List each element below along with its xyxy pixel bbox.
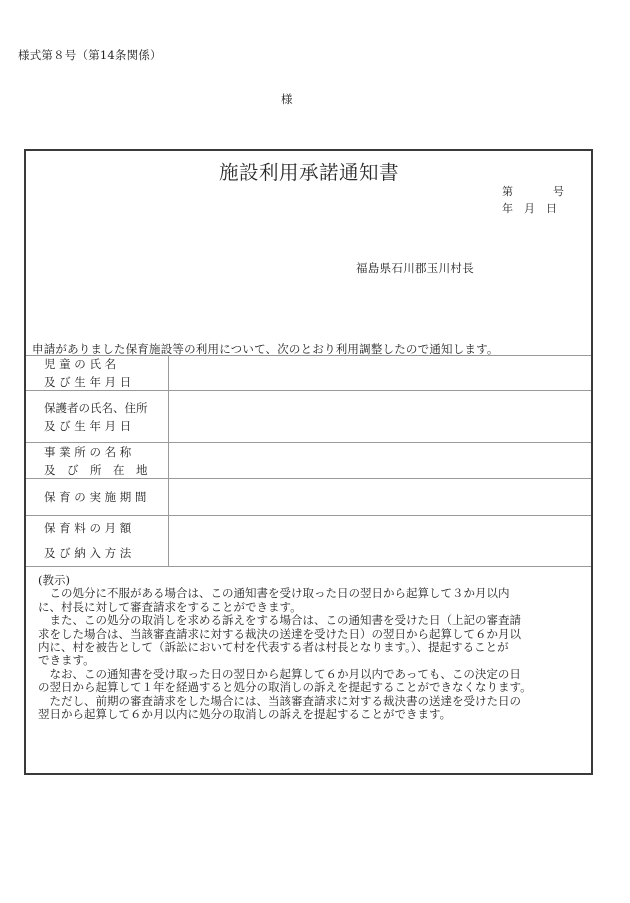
issuer: 福島県石川郡玉川村長 <box>356 260 474 276</box>
table-row-child: 児 童 の 氏 名 及 び 生 年 月 日 <box>26 356 591 391</box>
label-line: 保護者の氏名、住所 <box>44 399 168 417</box>
table-row-fee: 保 育 料 の 月 額 及 び 納 入 方 法 <box>26 516 591 567</box>
label-line: 及 び 納 入 方 法 <box>44 541 168 566</box>
addressee-suffix: 様 <box>281 91 293 107</box>
notice-line: また、この処分の取消しを求める訴えをする場合は、この通知書を受けた日（上記の審査… <box>38 614 578 627</box>
document-number: 第号 <box>502 183 564 199</box>
date-month: 月 <box>524 200 535 216</box>
number-suffix: 号 <box>553 183 564 199</box>
facility-name-address-field[interactable] <box>169 443 591 478</box>
number-label: 第 <box>502 183 513 199</box>
label-line: 保 育 料 の 月 額 <box>44 516 168 541</box>
notice-line: 求をした場合は、当該審査請求に対する裁決の送達を受けた日）の翌日から起算して６か… <box>38 628 578 641</box>
notice-line: ただし、前期の審査請求をした場合には、当該審査請求に対する裁決書の送達を受けた日… <box>38 695 578 708</box>
label-line: 及 び 所 在 地 <box>44 461 168 479</box>
monthly-fee-payment-field[interactable] <box>169 516 591 566</box>
notice-line: の翌日から起算して１年を経過すると処分の取消しの訴えを提起することができなくなり… <box>38 681 578 694</box>
notice-heading: (教示) <box>38 574 578 587</box>
label-line: 児 童 の 氏 名 <box>44 355 168 373</box>
row-label: 保護者の氏名、住所 及 び 生 年 月 日 <box>26 391 169 442</box>
notice-line: に、村長に対して審査請求をすることができます。 <box>38 601 578 614</box>
row-label: 保 育 の 実 施 期 間 <box>26 479 169 515</box>
table-row-facility: 事 業 所 の 名 称 及 び 所 在 地 <box>26 443 591 479</box>
label-line: 保 育 の 実 施 期 間 <box>44 488 168 506</box>
details-table: 児 童 の 氏 名 及 び 生 年 月 日 保護者の氏名、住所 及 び 生 年 … <box>26 355 591 567</box>
label-line: 及 び 生 年 月 日 <box>44 417 168 435</box>
legal-notice: (教示) この処分に不服がある場合は、この通知書を受け取った日の翌日から起算して… <box>38 574 578 721</box>
notice-line: 翌日から起算して６か月以内に処分の取消しの訴えを提起することができます。 <box>38 708 578 721</box>
notice-line: なお、この通知書を受け取った日の翌日から起算して６か月以内であっても、この決定の… <box>38 668 578 681</box>
table-row-guardian: 保護者の氏名、住所 及 び 生 年 月 日 <box>26 391 591 443</box>
child-name-birthdate-field[interactable] <box>169 356 591 390</box>
date-year: 年 <box>502 200 513 216</box>
row-label: 保 育 料 の 月 額 及 び 納 入 方 法 <box>26 516 169 566</box>
guardian-info-field[interactable] <box>169 391 591 442</box>
label-line: 事 業 所 の 名 称 <box>44 443 168 461</box>
label-line: 及 び 生 年 月 日 <box>44 373 168 391</box>
date-day: 日 <box>546 200 557 216</box>
notice-line: この処分に不服がある場合は、この通知書を受け取った日の翌日から起算して３か月以内 <box>38 587 578 600</box>
row-label: 事 業 所 の 名 称 及 び 所 在 地 <box>26 443 169 478</box>
row-label: 児 童 の 氏 名 及 び 生 年 月 日 <box>26 356 169 390</box>
care-period-field[interactable] <box>169 479 591 515</box>
table-row-period: 保 育 の 実 施 期 間 <box>26 479 591 516</box>
notice-line: 内に、村を被告として（訴訟において村を代表する者は村長となります。）、提起するこ… <box>38 641 578 654</box>
notice-line: できます。 <box>38 654 578 667</box>
form-number: 様式第８号（第14条関係） <box>18 47 162 63</box>
document-date: 年月日 <box>502 200 557 216</box>
document-title: 施設利用承諾通知書 <box>219 157 399 185</box>
